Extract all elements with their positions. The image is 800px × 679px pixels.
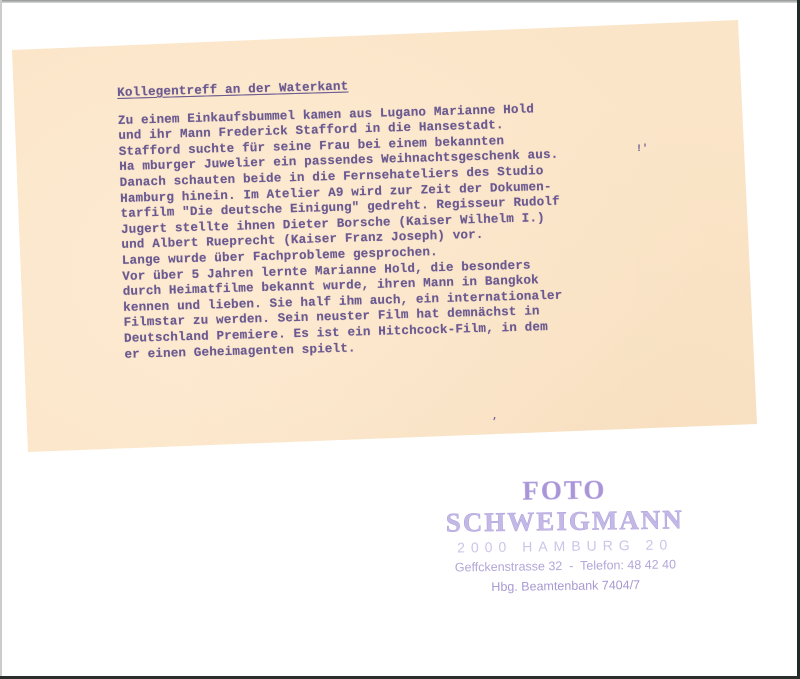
stamp-foto-label: FOTO xyxy=(409,472,719,508)
typed-caption: Kollegentreff an der Waterkant Zu einem … xyxy=(117,70,685,363)
margin-mark: !' xyxy=(636,144,648,155)
photographer-stamp: FOTO SCHWEIGMANN 2000 HAMBURG 20 Geffcke… xyxy=(409,472,721,598)
scan-border-left xyxy=(0,0,2,679)
stamp-studio-name: SCHWEIGMANN xyxy=(410,504,720,538)
scan-border-top xyxy=(0,0,800,3)
